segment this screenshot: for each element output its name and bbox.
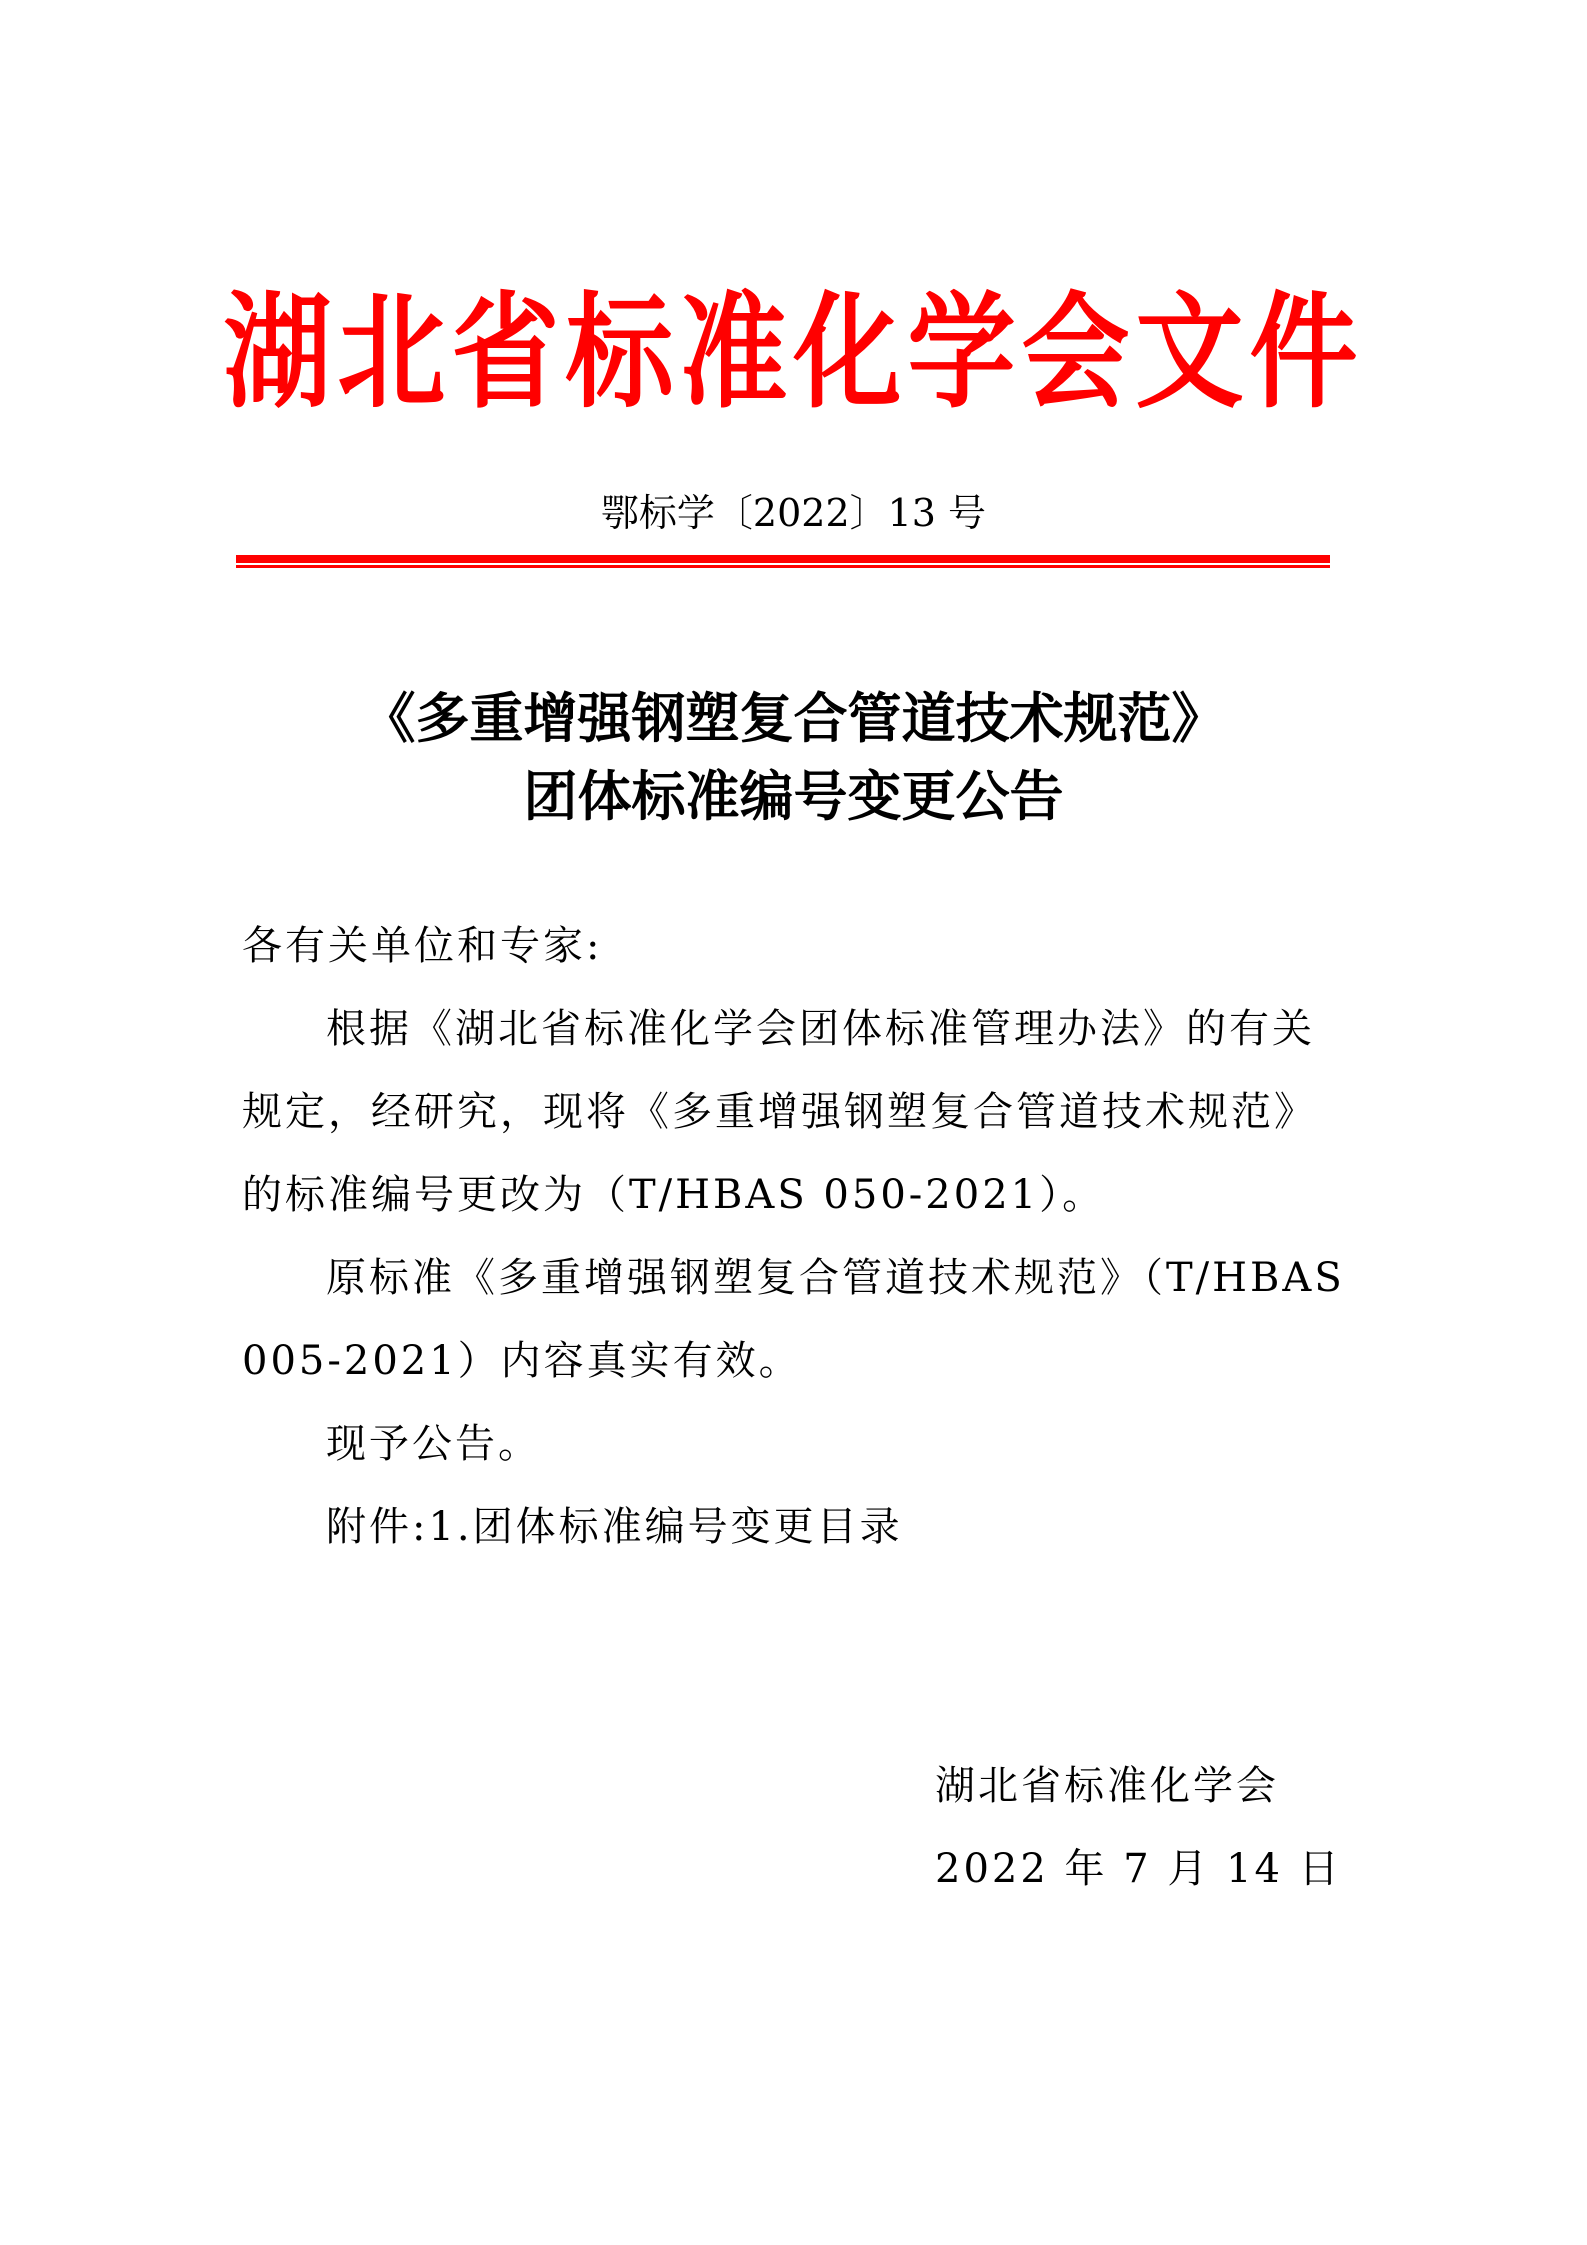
notice-body: 各有关单位和专家: 根据《湖北省标准化学会团体标准管理办法》的有关规定，经研究，…: [242, 905, 1354, 1569]
notice-title-line2: 团体标准编号变更公告: [0, 758, 1587, 836]
paragraph-2: 原标准《多重增强钢塑复合管道技术规范》（T/HBAS 005-2021）内容真实…: [242, 1237, 1354, 1403]
signature-date: 2022 年 7 月 14 日: [935, 1828, 1342, 1911]
document-number: 鄂标学〔2022〕13 号: [0, 488, 1587, 538]
org-title: 湖北省标准化学会文件: [0, 268, 1587, 441]
attachment-line: 附件:1.团体标准编号变更目录: [242, 1486, 1354, 1569]
signature-organization: 湖北省标准化学会: [935, 1745, 1342, 1828]
red-divider-thick: [236, 555, 1330, 563]
notice-title: 《多重增强钢塑复合管道技术规范》 团体标准编号变更公告: [0, 680, 1587, 836]
red-divider-thin: [236, 565, 1330, 568]
salutation: 各有关单位和专家:: [242, 905, 1354, 988]
signature-block: 湖北省标准化学会 2022 年 7 月 14 日: [935, 1745, 1342, 1911]
paragraph-1: 根据《湖北省标准化学会团体标准管理办法》的有关规定，经研究，现将《多重增强钢塑复…: [242, 988, 1354, 1237]
paragraph-3: 现予公告。: [242, 1403, 1354, 1486]
notice-title-line1: 《多重增强钢塑复合管道技术规范》: [0, 680, 1587, 758]
